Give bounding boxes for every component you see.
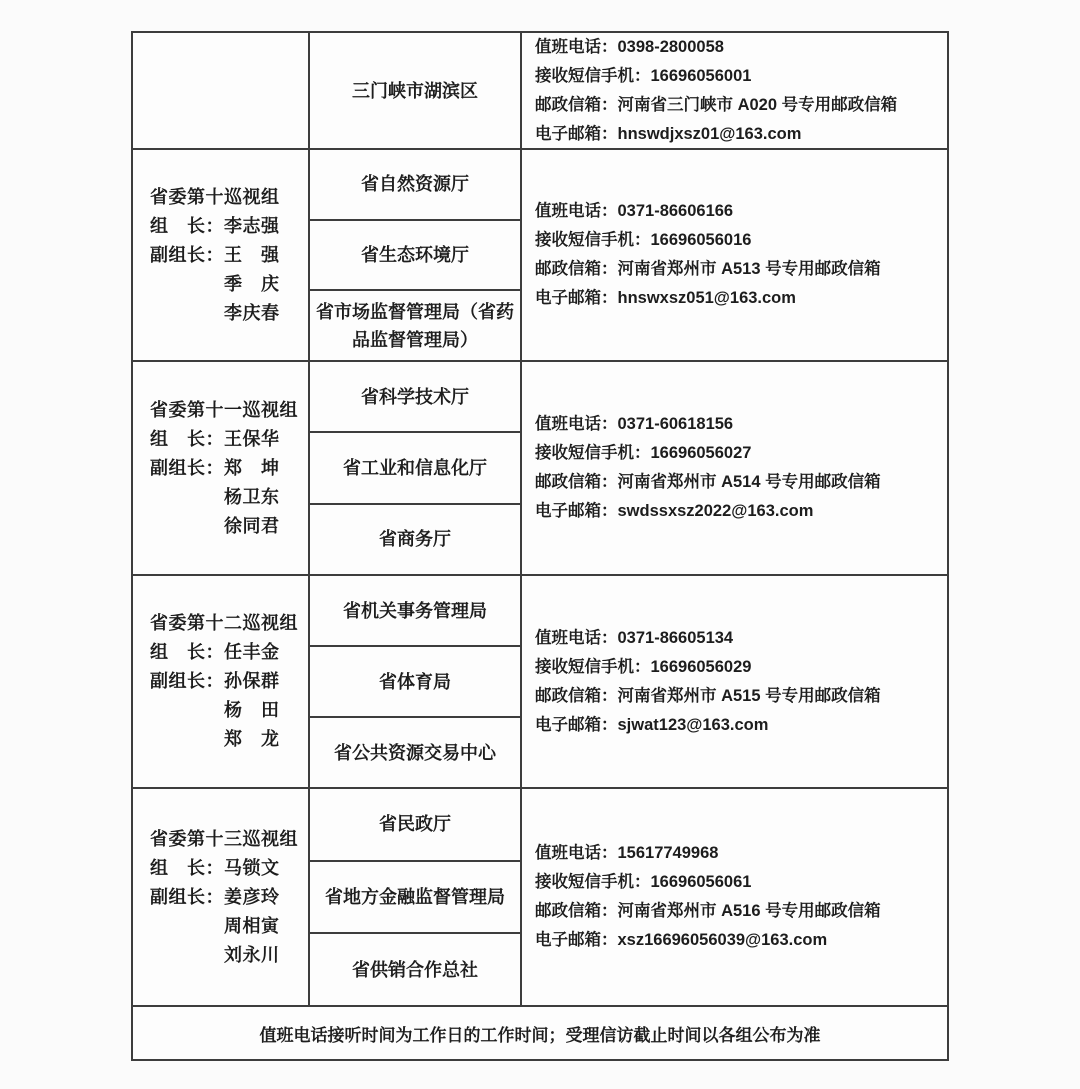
sms-phone-line: 接收短信手机：16696056001 [535, 62, 947, 91]
email-line: 电子邮箱：swdssxsz2022@163.com [535, 497, 947, 526]
duty-phone-line: 值班电话：0371-60618156 [535, 410, 947, 439]
table-footer-row: 值班电话接听时间为工作日的工作时间；受理信访截止时间以各组公布为准 [133, 1007, 947, 1059]
postal-box-line: 邮政信箱：河南省三门峡市 A020 号专用邮政信箱 [535, 91, 947, 120]
unit-label: 省机关事务管理局 [310, 576, 520, 647]
table-row-group-10: 省委第十巡视组 组 长：李志强 副组长：王 强 季 庆 李庆春 省自然资源厅 省… [133, 150, 947, 362]
unit-label: 省生态环境厅 [310, 221, 520, 292]
postal-box-line: 邮政信箱：河南省郑州市 A513 号专用邮政信箱 [535, 255, 947, 284]
group-deputy: 副组长：郑 坤 [150, 454, 308, 483]
sms-phone-line: 接收短信手机：16696056029 [535, 653, 947, 682]
group-cell [133, 33, 310, 148]
duty-phone-line: 值班电话：0371-86606166 [535, 197, 947, 226]
group-deputy: 杨卫东 [150, 483, 308, 512]
group-deputy: 郑 龙 [150, 725, 308, 754]
unit-label: 省市场监督管理局（省药品监督管理局） [310, 291, 520, 360]
inspection-groups-table: 三门峡市湖滨区 值班电话：0398-2800058 接收短信手机：1669605… [131, 31, 949, 1061]
group-cell: 省委第十三巡视组 组 长：马锁文 副组长：姜彦玲 周相寅 刘永川 [133, 789, 310, 1005]
group-deputy: 周相寅 [150, 912, 308, 941]
contact-cell: 值班电话：0371-60618156 接收短信手机：16696056027 邮政… [522, 362, 947, 574]
unit-label: 省科学技术厅 [310, 362, 520, 433]
unit-label: 省商务厅 [310, 505, 520, 574]
document-page: 三门峡市湖滨区 值班电话：0398-2800058 接收短信手机：1669605… [0, 0, 1080, 1089]
units-cell: 省自然资源厅 省生态环境厅 省市场监督管理局（省药品监督管理局） [310, 150, 522, 360]
group-title: 省委第十一巡视组 [150, 396, 308, 425]
group-title: 省委第十二巡视组 [150, 609, 308, 638]
group-cell: 省委第十二巡视组 组 长：任丰金 副组长：孙保群 杨 田 郑 龙 [133, 576, 310, 787]
duty-phone-line: 值班电话：0398-2800058 [535, 33, 947, 62]
duty-phone-line: 值班电话：0371-86605134 [535, 624, 947, 653]
unit-label: 省供销合作总社 [310, 934, 520, 1005]
email-line: 电子邮箱：xsz16696056039@163.com [535, 926, 947, 955]
units-cell: 三门峡市湖滨区 [310, 33, 522, 148]
group-deputy: 副组长：王 强 [150, 241, 308, 270]
units-cell: 省科学技术厅 省工业和信息化厅 省商务厅 [310, 362, 522, 574]
group-leader: 组 长：王保华 [150, 425, 308, 454]
sms-phone-line: 接收短信手机：16696056016 [535, 226, 947, 255]
group-leader: 组 长：李志强 [150, 212, 308, 241]
unit-label: 省体育局 [310, 647, 520, 718]
duty-phone-line: 值班电话：15617749968 [535, 839, 947, 868]
table-row-partial: 三门峡市湖滨区 值班电话：0398-2800058 接收短信手机：1669605… [133, 33, 947, 150]
email-line: 电子邮箱：hnswxsz051@163.com [535, 284, 947, 313]
sms-phone-line: 接收短信手机：16696056061 [535, 868, 947, 897]
table-row-group-13: 省委第十三巡视组 组 长：马锁文 副组长：姜彦玲 周相寅 刘永川 省民政厅 省地… [133, 789, 947, 1007]
group-title: 省委第十巡视组 [150, 183, 308, 212]
contact-cell: 值班电话：0371-86605134 接收短信手机：16696056029 邮政… [522, 576, 947, 787]
unit-label: 省公共资源交易中心 [310, 718, 520, 787]
postal-box-line: 邮政信箱：河南省郑州市 A515 号专用邮政信箱 [535, 682, 947, 711]
group-leader: 组 长：马锁文 [150, 854, 308, 883]
contact-cell: 值班电话：0398-2800058 接收短信手机：16696056001 邮政信… [522, 33, 947, 148]
group-leader: 组 长：任丰金 [150, 638, 308, 667]
postal-box-line: 邮政信箱：河南省郑州市 A514 号专用邮政信箱 [535, 468, 947, 497]
table-row-group-12: 省委第十二巡视组 组 长：任丰金 副组长：孙保群 杨 田 郑 龙 省机关事务管理… [133, 576, 947, 789]
unit-label: 省自然资源厅 [310, 150, 520, 221]
sms-phone-line: 接收短信手机：16696056027 [535, 439, 947, 468]
group-deputy: 副组长：姜彦玲 [150, 883, 308, 912]
contact-cell: 值班电话：15617749968 接收短信手机：16696056061 邮政信箱… [522, 789, 947, 1005]
postal-box-line: 邮政信箱：河南省郑州市 A516 号专用邮政信箱 [535, 897, 947, 926]
group-cell: 省委第十巡视组 组 长：李志强 副组长：王 强 季 庆 李庆春 [133, 150, 310, 360]
email-line: 电子邮箱：hnswdjxsz01@163.com [535, 120, 947, 149]
unit-label: 省工业和信息化厅 [310, 433, 520, 504]
group-deputy: 李庆春 [150, 299, 308, 328]
group-deputy: 杨 田 [150, 696, 308, 725]
email-line: 电子邮箱：sjwat123@163.com [535, 711, 947, 740]
unit-label: 省地方金融监督管理局 [310, 862, 520, 935]
group-deputy: 副组长：孙保群 [150, 667, 308, 696]
units-cell: 省民政厅 省地方金融监督管理局 省供销合作总社 [310, 789, 522, 1005]
table-row-group-11: 省委第十一巡视组 组 长：王保华 副组长：郑 坤 杨卫东 徐同君 省科学技术厅 … [133, 362, 947, 576]
group-deputy: 季 庆 [150, 270, 308, 299]
group-cell: 省委第十一巡视组 组 长：王保华 副组长：郑 坤 杨卫东 徐同君 [133, 362, 310, 574]
group-title: 省委第十三巡视组 [150, 825, 308, 854]
footer-note: 值班电话接听时间为工作日的工作时间；受理信访截止时间以各组公布为准 [133, 1007, 947, 1059]
group-deputy: 徐同君 [150, 512, 308, 541]
unit-label: 省民政厅 [310, 789, 520, 862]
unit-label: 三门峡市湖滨区 [310, 33, 520, 148]
contact-cell: 值班电话：0371-86606166 接收短信手机：16696056016 邮政… [522, 150, 947, 360]
units-cell: 省机关事务管理局 省体育局 省公共资源交易中心 [310, 576, 522, 787]
group-deputy: 刘永川 [150, 941, 308, 970]
